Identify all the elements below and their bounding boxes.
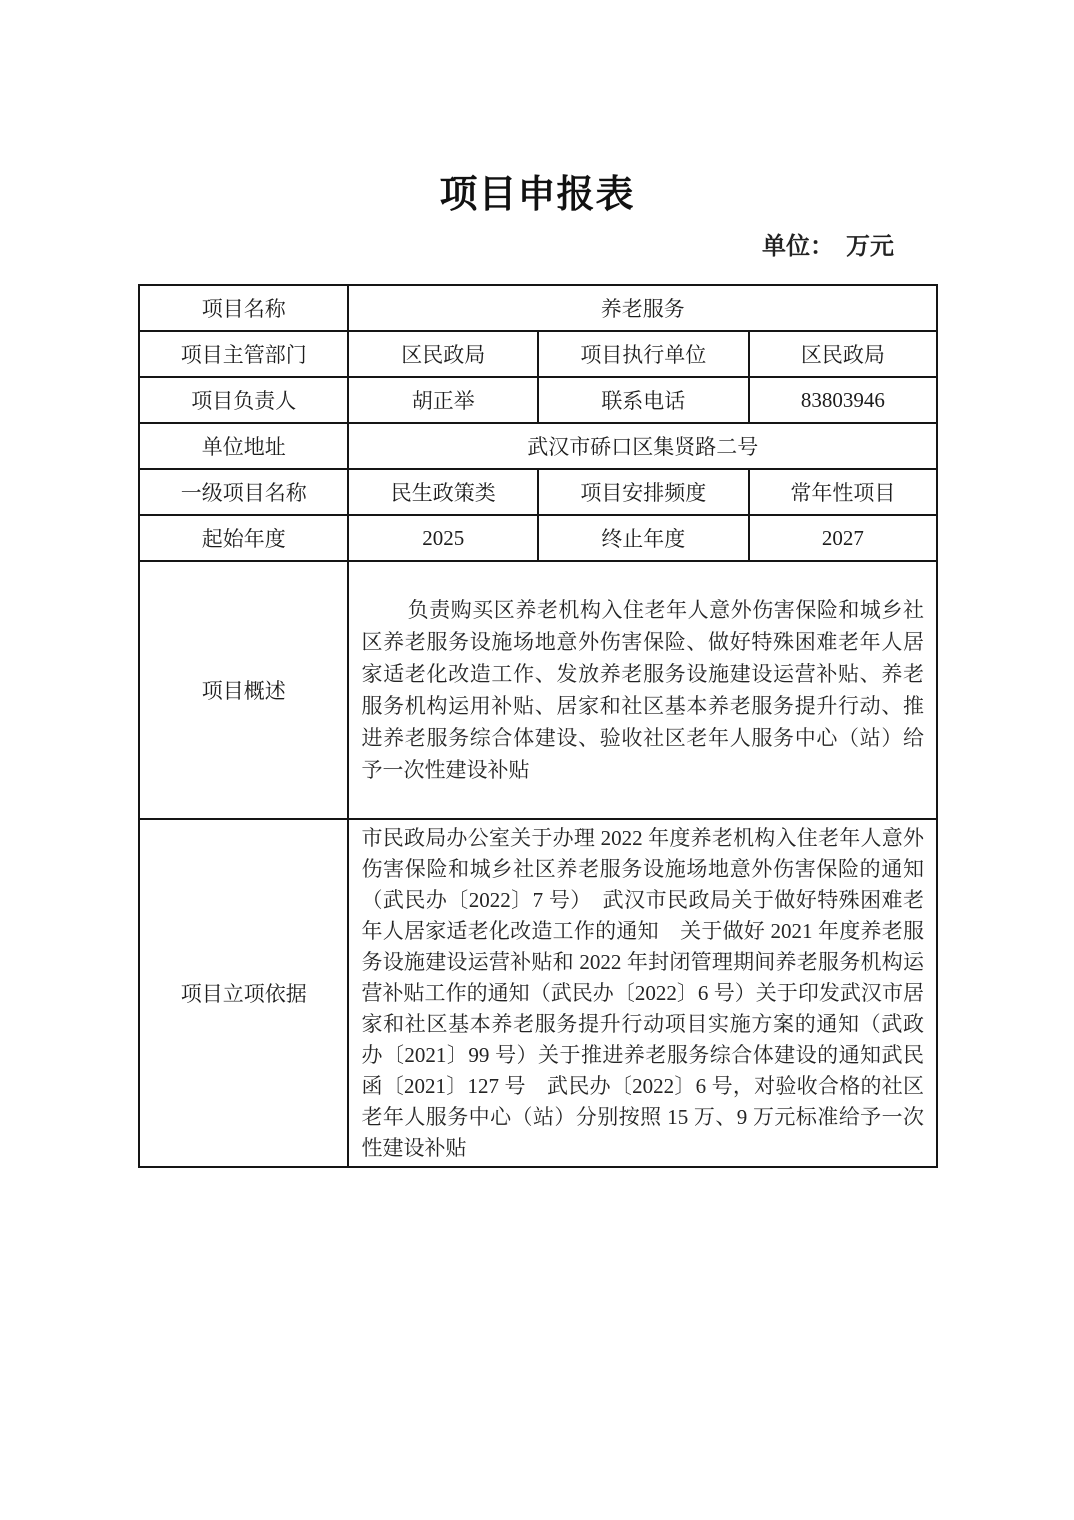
- dept-value: 区民政局: [348, 331, 538, 377]
- basis-text: 市民政局办公室关于办理 2022 年度养老机构入住老年人意外伤害保险和城乡社区养…: [355, 823, 930, 1164]
- application-form-table: 项目名称 养老服务 项目主管部门 区民政局 项目执行单位 区民政局 项目负责人 …: [138, 284, 938, 1168]
- document-page: 项目申报表 单位： 万元 项目名称 养老服务 项目主管部门 区民政局 项目执行单…: [0, 0, 1074, 1520]
- leader-value: 胡正举: [348, 377, 538, 423]
- start-year-value: 2025: [348, 515, 538, 561]
- frequency-label: 项目安排频度: [538, 469, 749, 515]
- address-label: 单位地址: [139, 423, 348, 469]
- exec-unit-label: 项目执行单位: [538, 331, 749, 377]
- basis-cell: 市民政局办公室关于办理 2022 年度养老机构入住老年人意外伤害保险和城乡社区养…: [348, 819, 937, 1167]
- exec-unit-value: 区民政局: [749, 331, 937, 377]
- level1-label: 一级项目名称: [139, 469, 348, 515]
- overview-cell: 负责购买区养老机构入住老年人意外伤害保险和城乡社区养老服务设施场地意外伤害保险、…: [348, 561, 937, 819]
- page-title: 项目申报表: [0, 0, 1074, 218]
- frequency-value: 常年性项目: [749, 469, 937, 515]
- row-basis: 项目立项依据 市民政局办公室关于办理 2022 年度养老机构入住老年人意外伤害保…: [139, 819, 937, 1167]
- row-category-frequency: 一级项目名称 民生政策类 项目安排频度 常年性项目: [139, 469, 937, 515]
- row-project-name: 项目名称 养老服务: [139, 285, 937, 331]
- end-year-label: 终止年度: [538, 515, 749, 561]
- end-year-value: 2027: [749, 515, 937, 561]
- start-year-label: 起始年度: [139, 515, 348, 561]
- overview-text: 负责购买区养老机构入住老年人意外伤害保险和城乡社区养老服务设施场地意外伤害保险、…: [355, 594, 930, 786]
- phone-label: 联系电话: [538, 377, 749, 423]
- leader-label: 项目负责人: [139, 377, 348, 423]
- row-leader-phone: 项目负责人 胡正举 联系电话 83803946: [139, 377, 937, 423]
- level1-value: 民生政策类: [348, 469, 538, 515]
- unit-note: 单位： 万元: [138, 232, 938, 262]
- basis-label: 项目立项依据: [139, 819, 348, 1167]
- row-departments: 项目主管部门 区民政局 项目执行单位 区民政局: [139, 331, 937, 377]
- row-years: 起始年度 2025 终止年度 2027: [139, 515, 937, 561]
- project-name-value: 养老服务: [348, 285, 937, 331]
- row-overview: 项目概述 负责购买区养老机构入住老年人意外伤害保险和城乡社区养老服务设施场地意外…: [139, 561, 937, 819]
- row-address: 单位地址 武汉市硚口区集贤路二号: [139, 423, 937, 469]
- dept-label: 项目主管部门: [139, 331, 348, 377]
- project-name-label: 项目名称: [139, 285, 348, 331]
- overview-label: 项目概述: [139, 561, 348, 819]
- address-value: 武汉市硚口区集贤路二号: [348, 423, 937, 469]
- phone-value: 83803946: [749, 377, 937, 423]
